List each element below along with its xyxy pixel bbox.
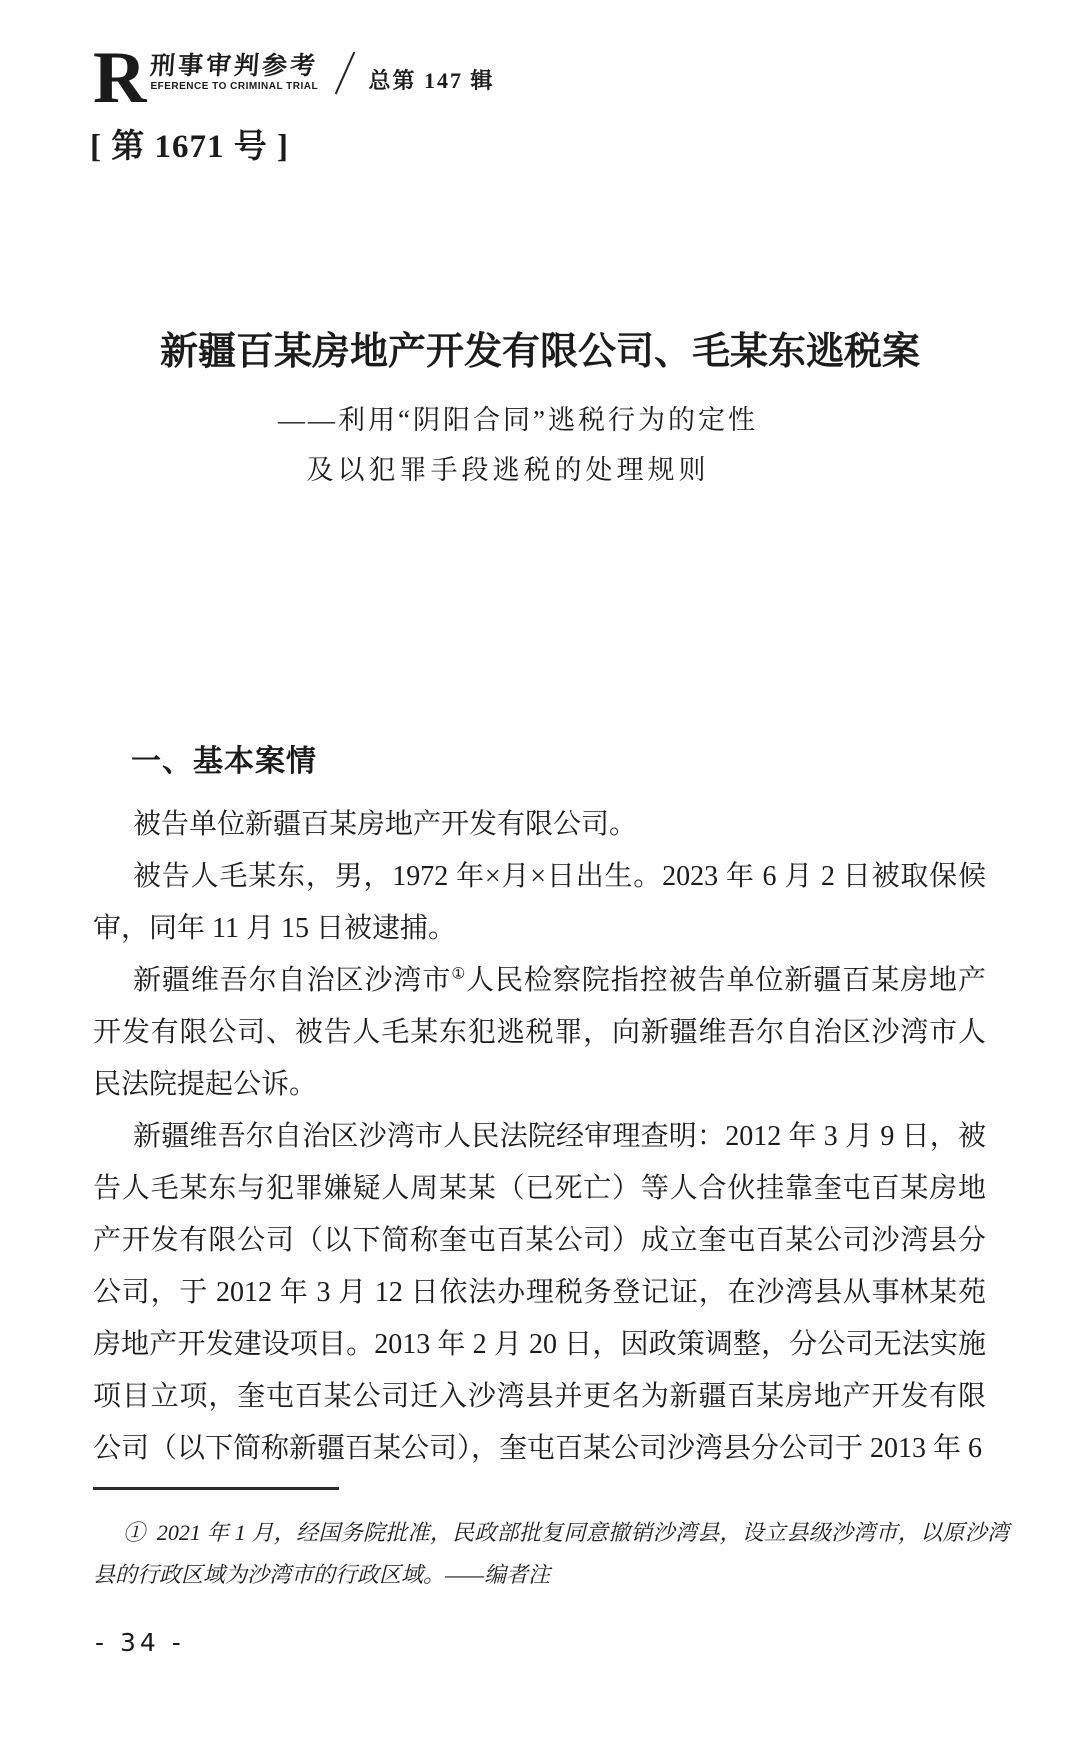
document-page: R 刑事审判参考 EFERENCE TO CRIMINAL TRIAL 总第 1… [0, 0, 1080, 1761]
paragraph-court-findings: 新疆维吾尔自治区沙湾市人民法院经审理查明：2012 年 3 月 9 日，被告人毛… [93, 1111, 986, 1475]
page-number: - 34 - [95, 1628, 185, 1657]
paragraph-prosecution: 新疆维吾尔自治区沙湾市①人民检察院指控被告单位新疆百某房地产开发有限公司、被告人… [93, 955, 986, 1111]
case-subtitle-line2: 及以犯罪手段逃税的处理规则 [0, 448, 1048, 487]
footnote-separator-rule [93, 1487, 339, 1490]
footnote-text: ① 2021 年 1 月，经国务院批准，民政部批复同意撤销沙湾县，设立县级沙湾市… [93, 1512, 1009, 1596]
footnote: ① 2021 年 1 月，经国务院批准，民政部批复同意撤销沙湾县，设立县级沙湾市… [93, 1512, 1009, 1596]
case-number: [ 第 1671 号 ] [90, 120, 289, 167]
paragraph-defendant-person: 被告人毛某东，男，1972 年×月×日出生。2023 年 6 月 2 日被取保候… [93, 851, 986, 955]
case-title: 新疆百某房地产开发有限公司、毛某东逃税案 [0, 320, 1080, 375]
footnote-reference-marker: ① [451, 966, 466, 983]
journal-logo-letter: R [93, 48, 146, 109]
issue-number: 总第 147 辑 [368, 64, 494, 95]
prosecution-text-before-note: 新疆维吾尔自治区沙湾市 [133, 965, 451, 996]
case-subtitle-line1: ——利用“阴阳合同”逃税行为的定性 [0, 398, 1058, 437]
masthead: R 刑事审判参考 EFERENCE TO CRIMINAL TRIAL 总第 1… [93, 48, 494, 109]
journal-title-cn: 刑事审判参考 [150, 54, 320, 80]
footnote-marker: ① [123, 1520, 145, 1545]
journal-logo-text: 刑事审判参考 EFERENCE TO CRIMINAL TRIAL [150, 54, 318, 92]
paragraph-defendant-unit: 被告单位新疆百某房地产开发有限公司。 [93, 799, 986, 851]
footnote-body: 2021 年 1 月，经国务院批准，民政部批复同意撤销沙湾县，设立县级沙湾市，以… [93, 1520, 1009, 1587]
journal-title-en: EFERENCE TO CRIMINAL TRIAL [150, 81, 318, 92]
section-heading: 一、基本案情 [93, 736, 317, 780]
body-text: 被告单位新疆百某房地产开发有限公司。 被告人毛某东，男，1972 年×月×日出生… [93, 799, 986, 1475]
slash-divider-icon [335, 52, 356, 95]
